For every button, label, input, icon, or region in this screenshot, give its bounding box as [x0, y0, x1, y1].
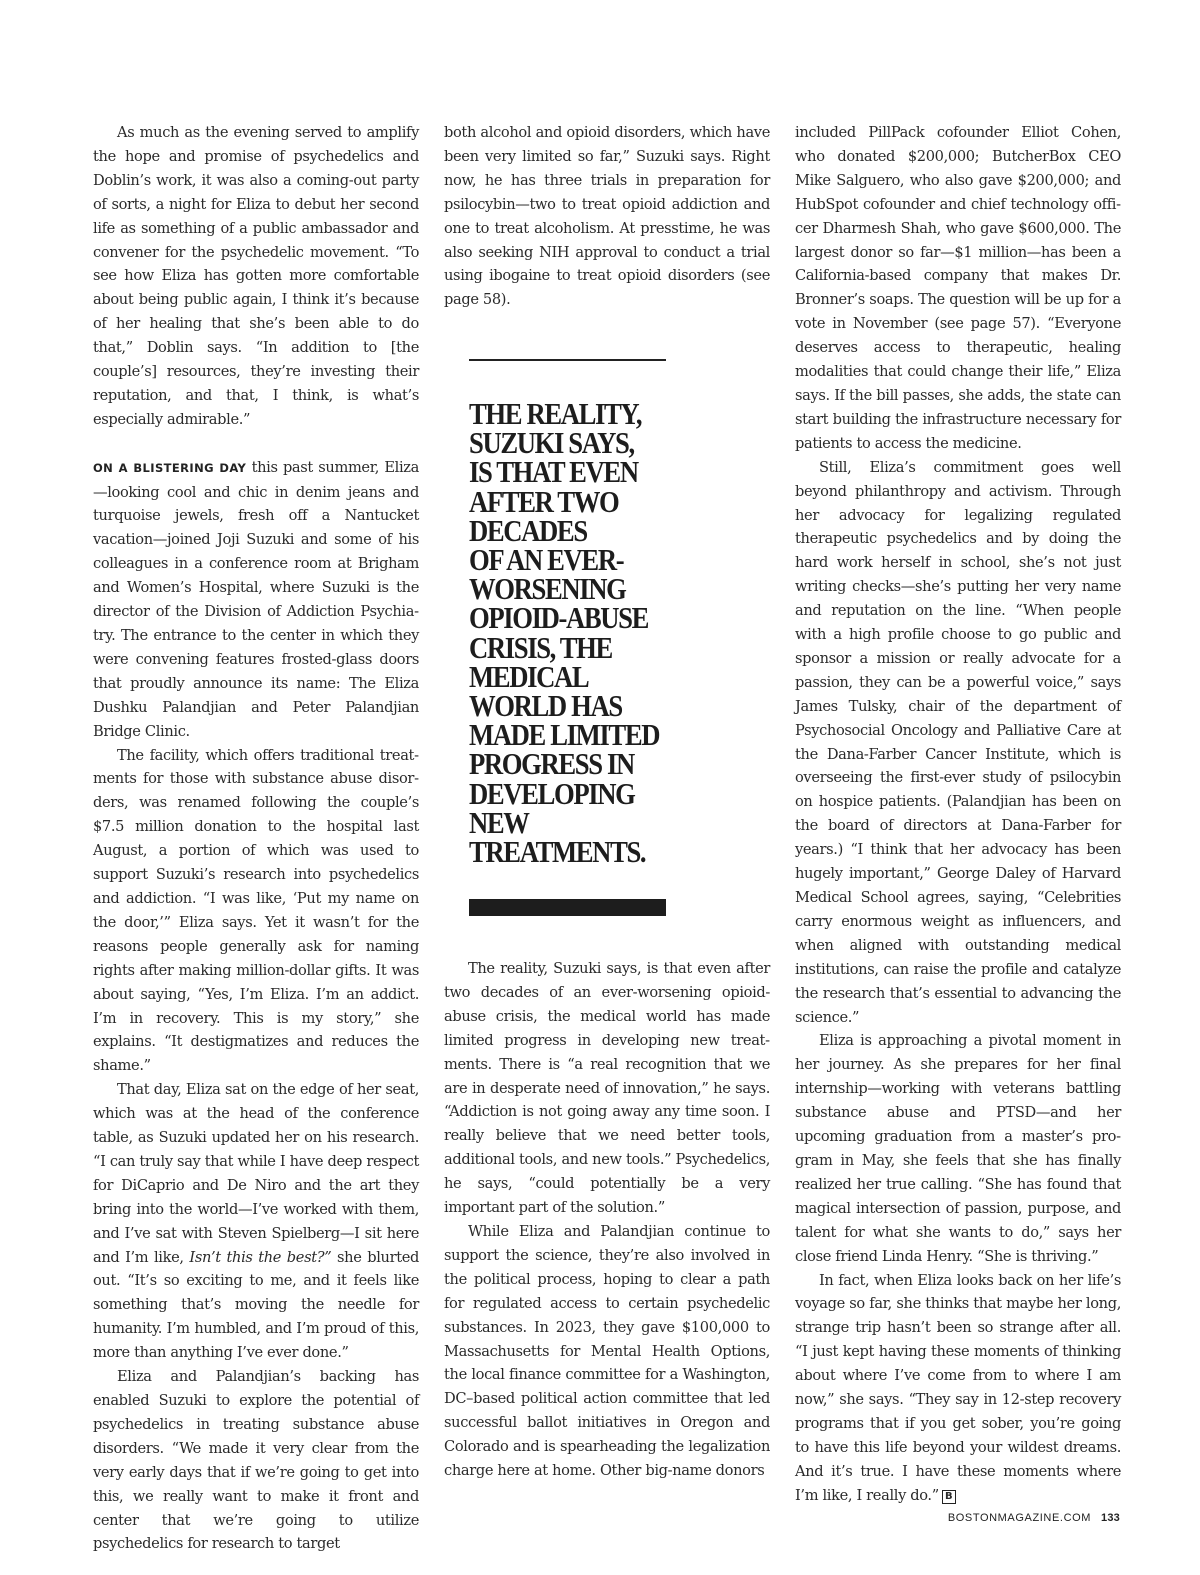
article-column-2-top: both alcohol and opioid disorders, which… — [444, 121, 770, 312]
body-paragraph: The facility, which offers traditional t… — [93, 744, 419, 1079]
pull-quote-line: NEW — [469, 808, 675, 837]
pull-quote-line: PROGRESS IN — [469, 749, 675, 778]
pull-quote-top-rule — [469, 359, 666, 361]
pull-quote-text: THE REALITY, SUZUKI SAYS, IS THAT EVEN A… — [469, 399, 675, 866]
pull-quote-line: DECADES — [469, 516, 675, 545]
page-footer: BOSTONMAGAZINE.COM133 — [948, 1512, 1120, 1524]
page-number: 133 — [1101, 1512, 1120, 1524]
pull-quote-line: IS THAT EVEN — [469, 457, 675, 486]
pull-quote-line: MEDICAL — [469, 662, 675, 691]
body-paragraph: Eliza is approaching a pivotal moment in… — [795, 1029, 1121, 1268]
body-text: this past summer, Eliza—looking cool and… — [93, 459, 419, 740]
footer-site-name: BOSTONMAGAZINE.COM — [948, 1512, 1091, 1524]
pull-quote-line: DEVELOPING — [469, 779, 675, 808]
article-column-2-bottom: The reality, Suzuki says, is that even a… — [444, 957, 770, 1483]
body-paragraph: While Eliza and Palandjian continue to s… — [444, 1220, 770, 1483]
body-paragraph: Still, Eliza’s commitment goes well beyo… — [795, 456, 1121, 1030]
body-paragraph: That day, Eliza sat on the edge of her s… — [93, 1078, 419, 1365]
pull-quote-line: CRISIS, THE — [469, 633, 675, 662]
pull-quote-line: SUZUKI SAYS, — [469, 428, 675, 457]
body-text: That day, Eliza sat on the edge of her s… — [93, 1081, 419, 1265]
pull-quote-bottom-bar — [469, 899, 666, 916]
body-paragraph: Eliza and Palandjian’s backing has enabl… — [93, 1365, 419, 1556]
pull-quote-line: THE REALITY, — [469, 399, 675, 428]
article-column-1: As much as the evening served to amplify… — [93, 121, 419, 1556]
pull-quote: THE REALITY, SUZUKI SAYS, IS THAT EVEN A… — [469, 359, 666, 866]
pull-quote-line: MADE LIMITED — [469, 720, 675, 749]
pull-quote-line: TREATMENTS. — [469, 837, 675, 866]
end-of-article-icon: B — [942, 1490, 956, 1504]
body-text: In fact, when Eliza looks back on her li… — [795, 1272, 1121, 1504]
body-paragraph: both alcohol and opioid disorders, which… — [444, 121, 770, 312]
body-paragraph: As much as the evening served to amplify… — [93, 121, 419, 432]
article-column-3: included PillPack cofounder Elliot Cohen… — [795, 121, 1121, 1508]
body-paragraph: The reality, Suzuki says, is that even a… — [444, 957, 770, 1220]
body-paragraph: included PillPack cofounder Elliot Cohen… — [795, 121, 1121, 456]
pull-quote-line: OF AN EVER- — [469, 545, 675, 574]
pull-quote-line: WORLD HAS — [469, 691, 675, 720]
pull-quote-line: OPIOID-ABUSE — [469, 603, 675, 632]
pull-quote-line: WORSENING — [469, 574, 675, 603]
section-lead-in: ON A BLISTERING DAY — [93, 461, 246, 475]
body-paragraph-leadin: ON A BLISTERING DAY this past summer, El… — [93, 456, 419, 744]
italic-quote: Isn’t this the best?” — [189, 1249, 331, 1266]
pull-quote-line: AFTER TWO — [469, 487, 675, 516]
body-paragraph-final: In fact, when Eliza looks back on her li… — [795, 1269, 1121, 1508]
